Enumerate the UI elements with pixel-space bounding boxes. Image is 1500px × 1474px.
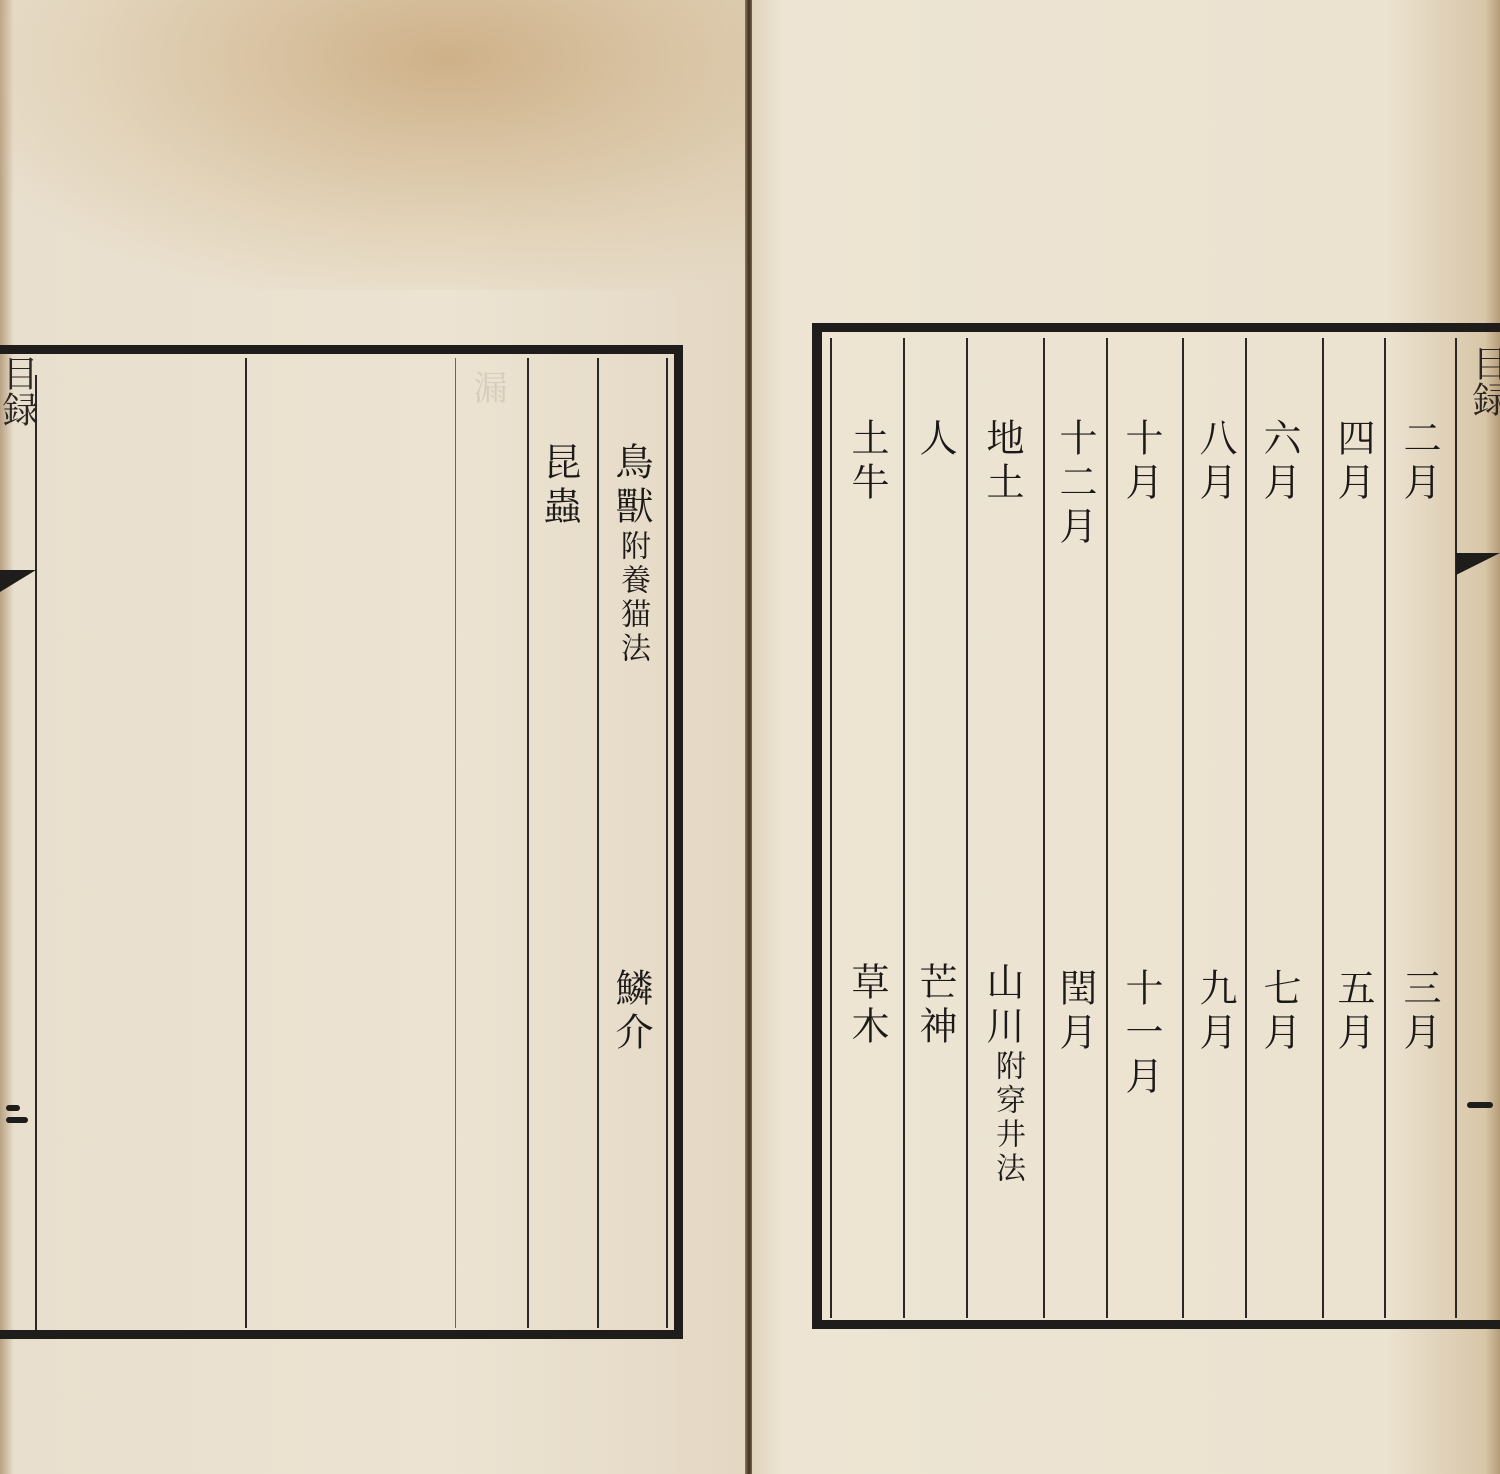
entry-third-month: 三月	[1400, 968, 1438, 1056]
entry-fourth-month: 四月	[1334, 418, 1372, 506]
entry-earth-ox: 土牛	[848, 418, 886, 506]
fishtail-mark	[1456, 553, 1500, 575]
entry-twelfth-month: 十二月	[1056, 418, 1094, 550]
page-number-mark	[6, 1117, 28, 1123]
entry-insects: 昆蟲	[540, 442, 578, 530]
column-rule	[35, 375, 37, 1330]
column-rule	[527, 358, 529, 1328]
entry-eighth-month: 八月	[1196, 418, 1234, 506]
right-page: 目録 二月 三月 四月 五月 六月 七月 八月 九月 十月 十一月 十二月 閏月…	[752, 0, 1500, 1474]
column-rule	[666, 358, 668, 1328]
entry-eleventh-month: 十一月	[1122, 968, 1160, 1100]
entry-scales-shells: 鱗介	[612, 968, 650, 1056]
entry-tenth-month: 十月	[1122, 418, 1160, 506]
column-rule	[1322, 338, 1324, 1318]
fishtail-mark	[0, 570, 36, 592]
column-rule	[455, 358, 456, 1328]
column-rule	[597, 358, 599, 1328]
entry-people: 人	[916, 418, 954, 462]
entry-mang-deity: 芒神	[916, 962, 954, 1050]
column-rule	[1384, 338, 1386, 1318]
column-rule	[1245, 338, 1247, 1318]
column-rule	[903, 338, 905, 1318]
column-rule	[1043, 338, 1045, 1318]
entry-ninth-month: 九月	[1196, 968, 1234, 1056]
column-rule	[245, 358, 247, 1328]
edge-label: 目録	[0, 355, 43, 427]
page-number-mark	[6, 1105, 20, 1111]
left-page: 漏 目録 鳥獸 附養猫法 鱗介 昆蟲	[0, 0, 747, 1474]
entry-mountains-rivers: 山川	[983, 962, 1021, 1050]
entry-earth-soil: 地土	[983, 418, 1021, 506]
entry-annotation-well-digging: 附穿井法	[992, 1050, 1022, 1186]
entry-seventh-month: 七月	[1260, 968, 1298, 1056]
edge-label: 目録	[1462, 345, 1500, 417]
entry-fifth-month: 五月	[1334, 968, 1372, 1056]
water-stain	[0, 0, 747, 290]
entry-leap-month: 閏月	[1056, 968, 1094, 1056]
entry-sixth-month: 六月	[1260, 418, 1298, 506]
entry-plants: 草木	[848, 962, 886, 1050]
column-rule	[1182, 338, 1184, 1318]
column-rule	[1455, 338, 1457, 1318]
page-number-mark	[1467, 1102, 1493, 1108]
column-rule	[1106, 338, 1108, 1318]
entry-second-month: 二月	[1400, 418, 1438, 506]
column-rule	[966, 338, 968, 1318]
column-rule	[830, 338, 832, 1318]
entry-annotation-cats: 附養猫法	[617, 530, 647, 666]
entry-birds-beasts: 鳥獸	[612, 442, 650, 530]
